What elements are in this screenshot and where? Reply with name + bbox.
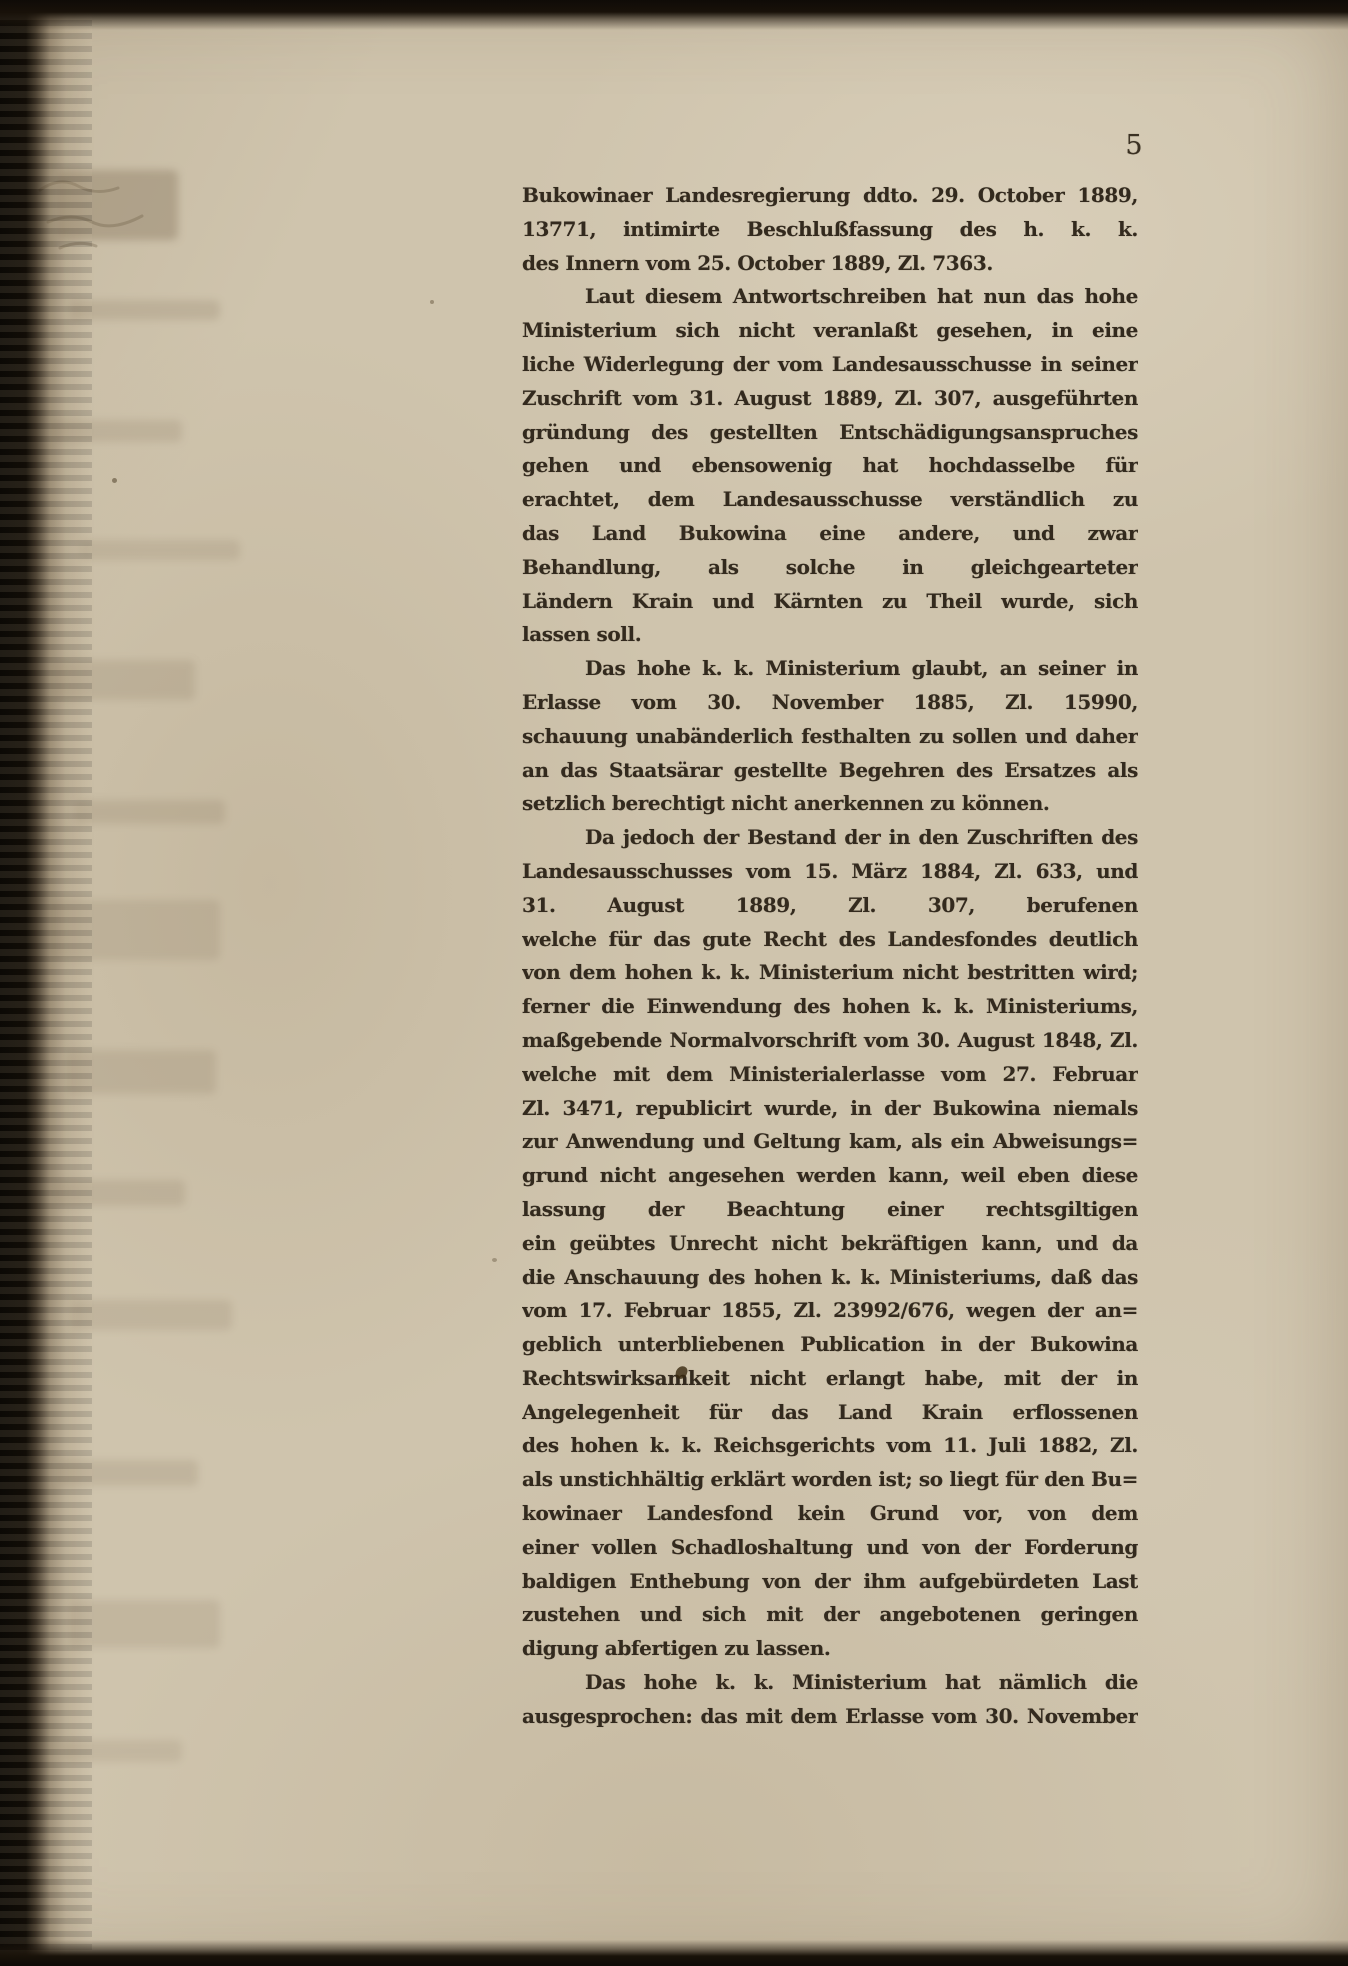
- text-line: zustehen und sich mit der angebotenen ge…: [522, 1598, 1138, 1632]
- text-line: Ministerium sich nicht veranlaßt gesehen…: [522, 314, 1138, 348]
- text-line: grund nicht angesehen werden kann, weil …: [522, 1159, 1138, 1193]
- text-line: an das Staatsärar gestellte Begehren des…: [522, 754, 1138, 788]
- text-line: ein geübtes Unrecht nicht bekräftigen ka…: [522, 1227, 1138, 1261]
- text-line: schauung unabänderlich festhalten zu sol…: [522, 720, 1138, 754]
- text-line: 31. August 1889, Zl. 307, berufenen Norm…: [522, 889, 1138, 923]
- page-edge-top: [0, 0, 1348, 30]
- text-line: einer vollen Schadloshaltung und von der…: [522, 1531, 1138, 1565]
- text-line: zur Anwendung und Geltung kam, als ein A…: [522, 1125, 1138, 1159]
- text-line: Landesausschusses vom 15. März 1884, Zl.…: [522, 855, 1138, 889]
- page-edge-bottom: [0, 1940, 1348, 1966]
- text-line: Erlasse vom 30. November 1885, Zl. 15990…: [522, 686, 1138, 720]
- text-line: ausgesprochen: das mit dem Erlasse vom 3…: [522, 1700, 1138, 1734]
- text-line: Da jedoch der Bestand der in den Zuschri…: [522, 821, 1138, 855]
- text-line: gehen und ebensowenig hat hochdasselbe f…: [522, 449, 1138, 483]
- text-line: die Anschauung des hohen k. k. Ministeri…: [522, 1261, 1138, 1295]
- text-line: maßgebende Normalvorschrift vom 30. Augu…: [522, 1024, 1138, 1058]
- text-line: des hohen k. k. Reichsgerichts vom 11. J…: [522, 1429, 1138, 1463]
- text-line: von dem hohen k. k. Ministerium nicht be…: [522, 956, 1138, 990]
- ink-speck: [492, 1258, 497, 1262]
- page-number: 5: [1114, 130, 1154, 161]
- bleedthrough-artifact: [70, 300, 220, 320]
- ink-speck: [112, 478, 117, 483]
- text-line: Bukowinaer Landesregierung ddto. 29. Oct…: [522, 179, 1138, 213]
- text-line: baldigen Enthebung von der ihm aufgebürd…: [522, 1565, 1138, 1599]
- text-line: vom 17. Februar 1855, Zl. 23992/676, weg…: [522, 1294, 1138, 1328]
- text-line: lassen soll.: [522, 618, 1138, 652]
- bleedthrough-artifact: [75, 800, 225, 824]
- text-line: digung abfertigen zu lassen.: [522, 1632, 1138, 1666]
- text-line: Behandlung, als solche in gleichgeartete…: [522, 551, 1138, 585]
- text-line: setzlich berechtigt nicht anerkennen zu …: [522, 787, 1138, 821]
- text-line: erachtet, dem Landesausschusse verständl…: [522, 483, 1138, 517]
- text-line: kowinaer Landesfond kein Grund vor, von …: [522, 1497, 1138, 1531]
- text-line: Angelegenheit für das Land Krain erfloss…: [522, 1396, 1138, 1430]
- text-line: Das hohe k. k. Ministerium hat nämlich d…: [522, 1666, 1138, 1700]
- body-text: Bukowinaer Landesregierung ddto. 29. Oct…: [522, 179, 1138, 1734]
- text-line: Das hohe k. k. Ministerium glaubt, an se…: [522, 652, 1138, 686]
- text-line: liche Widerlegung der vom Landesausschus…: [522, 348, 1138, 382]
- text-line: des Innern vom 25. October 1889, Zl. 736…: [522, 247, 1138, 281]
- bleedthrough-artifact: [70, 1600, 220, 1648]
- text-line: geblich unterbliebenen Publication in de…: [522, 1328, 1138, 1362]
- text-line: ferner die Einwendung des hohen k. k. Mi…: [522, 990, 1138, 1024]
- page-edge-left: [0, 0, 92, 1966]
- text-line: als unstichhältig erklärt worden ist; so…: [522, 1463, 1138, 1497]
- text-line: Laut diesem Antwortschreiben hat nun das…: [522, 280, 1138, 314]
- text-line: Ländern Krain und Kärnten zu Theil wurde…: [522, 585, 1138, 619]
- text-line: Zuschrift vom 31. August 1889, Zl. 307, …: [522, 382, 1138, 416]
- ink-speck: [430, 300, 434, 304]
- text-line: Rechtswirksamkeit nicht erlangt habe, mi…: [522, 1362, 1138, 1396]
- text-line: gründung des gestellten Entschädigungsan…: [522, 416, 1138, 450]
- scanned-page: 5 Bukowinaer Landesregierung ddto. 29. O…: [0, 0, 1348, 1966]
- text-line: das Land Bukowina eine andere, und zwar …: [522, 517, 1138, 551]
- text-line: welche mit dem Ministerialerlasse vom 27…: [522, 1058, 1138, 1092]
- text-line: lassung der Beachtung einer rechtsgiltig…: [522, 1193, 1138, 1227]
- text-line: 13771, intimirte Beschlußfassung des h. …: [522, 213, 1138, 247]
- bleedthrough-artifact: [80, 540, 240, 560]
- bleedthrough-artifact: [72, 1300, 232, 1330]
- text-line: Zl. 3471, republicirt wurde, in der Buko…: [522, 1092, 1138, 1126]
- text-line: welche für das gute Recht des Landesfond…: [522, 923, 1138, 957]
